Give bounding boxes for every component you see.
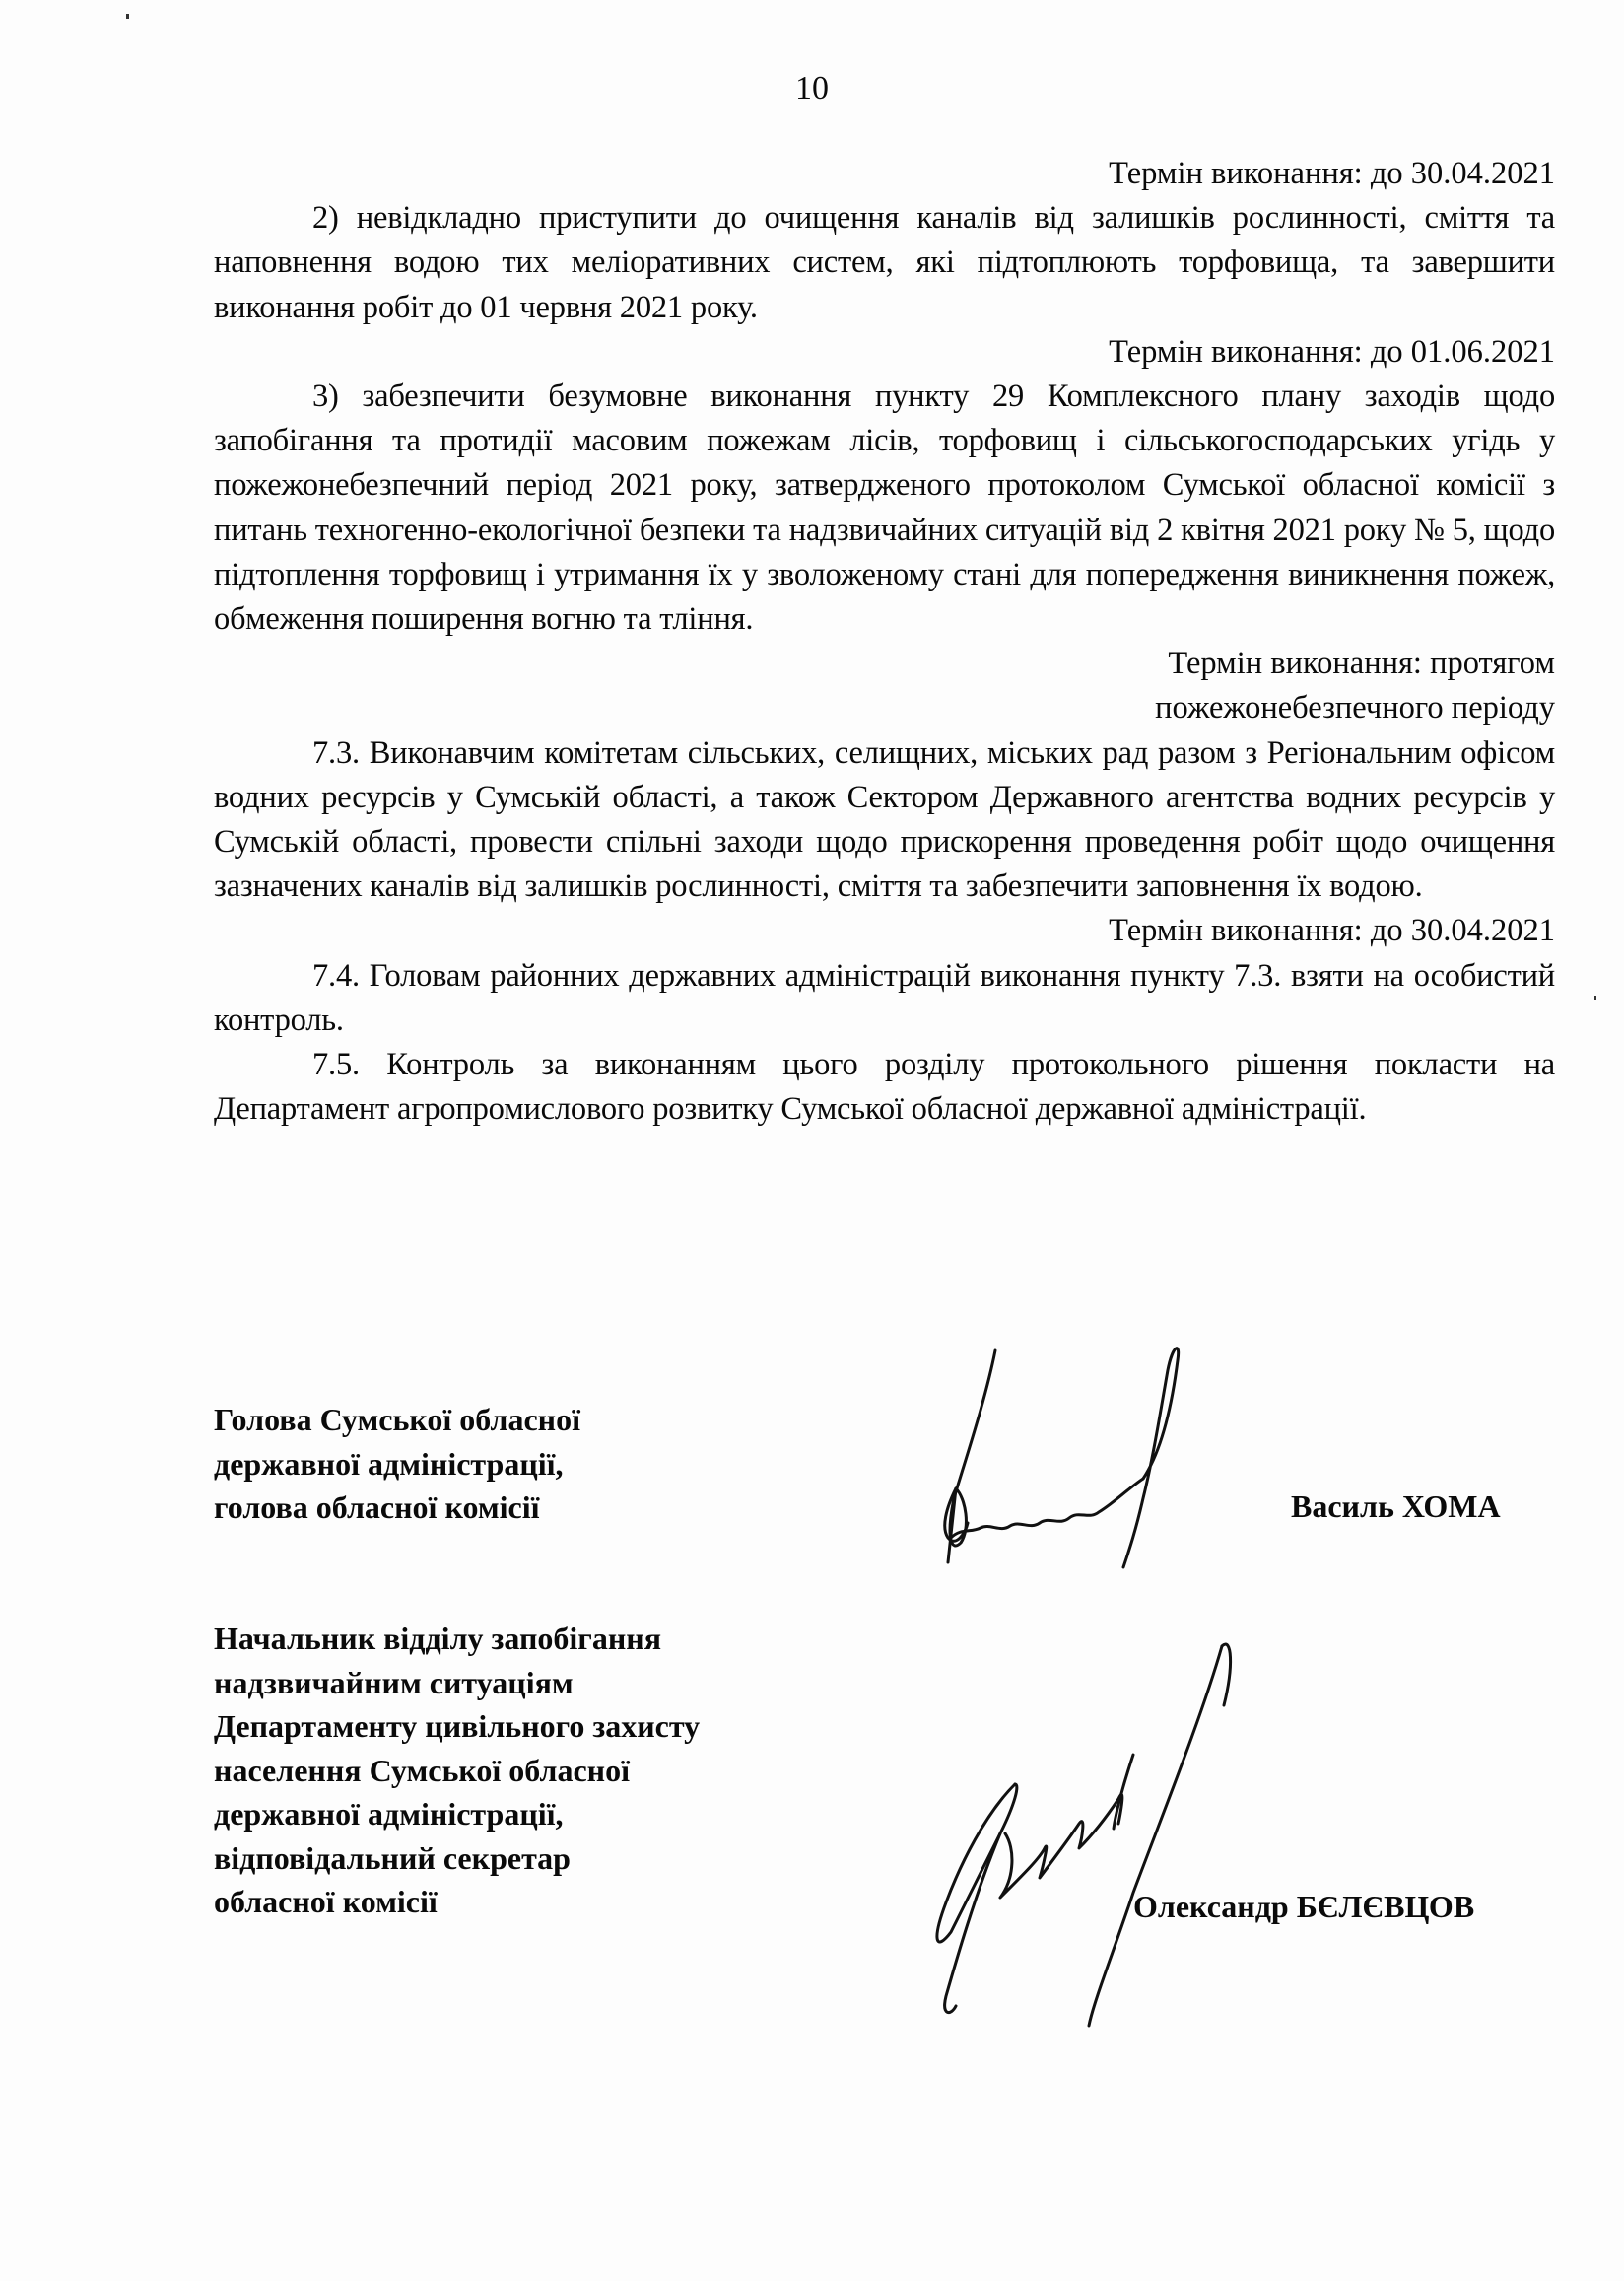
signature-2-icon [867,1636,1281,2031]
signatory-2-name: Олександр БЄЛЄВЦОВ [1133,1885,1474,1928]
deadline-2: Термін виконання: до 01.06.2021 [214,330,1555,375]
deadline-3-line1: Термін виконання: протягом [214,642,1555,686]
signatory-2-title-line: Начальник відділу запобігання [214,1617,700,1661]
signatory-1-name: Василь ХОМА [1291,1485,1501,1528]
signatory-2-title-line: державної адміністрації, [214,1792,700,1836]
item-7-4-paragraph: 7.4. Головам районних державних адмініст… [214,954,1555,1043]
deadline-3-line2: пожежонебезпечного періоду [214,686,1555,730]
signatory-1-title-line: Голова Сумської обласної [214,1398,580,1442]
scan-speck [126,14,129,19]
signatory-2-title: Начальник відділу запобігання надзвичайн… [214,1617,700,1924]
signatory-2-title-line: обласної комісії [214,1880,700,1924]
document-body: Термін виконання: до 30.04.2021 2) невід… [214,152,1555,1132]
scan-speck [1594,996,1596,1000]
signatory-2-title-line: надзвичайним ситуаціям [214,1661,700,1705]
item-2-paragraph: 2) невідкладно приступити до очищення ка… [214,196,1555,330]
signatory-2-title-line: Департаменту цивільного захисту [214,1704,700,1749]
signature-1-icon [926,1341,1320,1577]
signatory-1-title-line: державної адміністрації, [214,1442,580,1486]
page-number: 10 [0,69,1624,108]
document-page: 10 Термін виконання: до 30.04.2021 2) не… [0,0,1624,2281]
signatory-2-title-line: відповідальний секретар [214,1836,700,1881]
item-7-3-paragraph: 7.3. Виконавчим комітетам сільських, сел… [214,731,1555,910]
item-7-5-paragraph: 7.5. Контроль за виконанням цього розділ… [214,1043,1555,1132]
signatory-2-title-line: населення Сумської обласної [214,1749,700,1793]
signatory-1-title-line: голова обласної комісії [214,1486,580,1530]
deadline-1: Термін виконання: до 30.04.2021 [214,152,1555,196]
item-3-paragraph: 3) забезпечити безумовне виконання пункт… [214,375,1555,642]
signatory-1-title: Голова Сумської обласної державної адмін… [214,1398,580,1530]
deadline-4: Термін виконання: до 30.04.2021 [214,909,1555,953]
